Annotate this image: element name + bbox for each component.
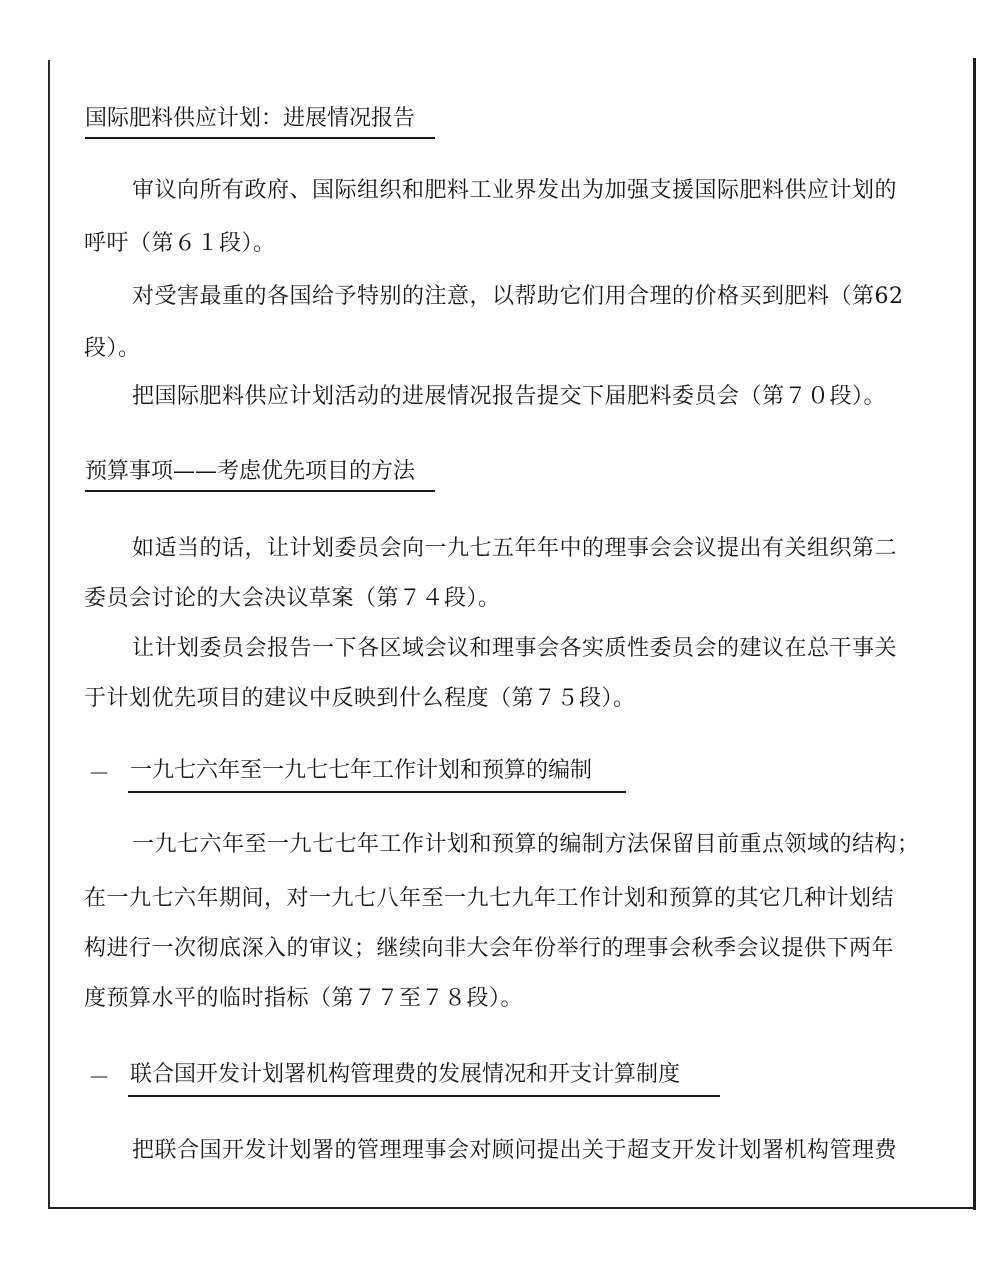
heading-underline <box>128 791 626 793</box>
heading-underline <box>85 137 435 139</box>
paragraph-line: 把国际肥料供应计划活动的进展情况报告提交下届肥料委员会（第７０段）。 <box>132 382 886 412</box>
paragraph-line: 在一九七六年期间，对一九七八年至一九七九年工作计划和预算的其它几种计划结 <box>84 884 894 914</box>
paragraph-line: 委员会讨论的大会决议草案（第７４段）。 <box>84 584 501 614</box>
paragraph-line: 度预算水平的临时指标（第７７至７８段）。 <box>84 984 523 1014</box>
heading-underline <box>128 1095 720 1097</box>
paragraph-line: 把联合国开发计划署的管理理事会对顾问提出关于超支开发计划署机构管理费 <box>132 1136 897 1166</box>
paragraph-line: 审议向所有政府、国际组织和肥料工业界发出为加强支援国际肥料供应计划的 <box>132 176 897 206</box>
section-heading: 国际肥料供应计划：进展情况报告 <box>85 104 415 134</box>
paragraph-line: 让计划委员会报告一下各区域会议和理事会各实质性委员会的建议在总干事关 <box>132 634 897 664</box>
section-heading: 联合国开发计划署机构管理费的发展情况和开支计算制度 <box>130 1060 680 1090</box>
page-frame-bottom-border <box>48 1207 976 1209</box>
paragraph-line: 构进行一次彻底深入的审议；继续向非大会年份举行的理事会秋季会议提供下两年 <box>84 934 894 964</box>
section-heading: 一九七六年至一九七七年工作计划和预算的编制 <box>130 756 592 786</box>
list-dash: － <box>88 760 110 790</box>
paragraph-line: 一九七六年至一九七七年工作计划和预算的编制方法保留目前重点领域的结构； <box>132 830 920 860</box>
section-heading: 预算事项——考虑优先项目的方法 <box>85 457 415 487</box>
page-frame-left-border <box>48 60 50 1209</box>
paragraph-line: 对受害最重的各国给予特别的注意，以帮助它们用合理的价格买到肥料（第62 <box>132 282 904 312</box>
list-dash: － <box>88 1064 110 1094</box>
paragraph-line: 于计划优先项目的建议中反映到什么程度（第７５段）。 <box>84 684 636 714</box>
paragraph-line: 呼吁（第６１段）。 <box>84 229 276 259</box>
paragraph-line: 段）。 <box>84 334 141 364</box>
heading-underline <box>85 490 435 492</box>
paragraph-line: 如适当的话，让计划委员会向一九七五年年中的理事会会议提出有关组织第二 <box>132 534 897 564</box>
page-frame-right-border <box>973 58 976 1210</box>
